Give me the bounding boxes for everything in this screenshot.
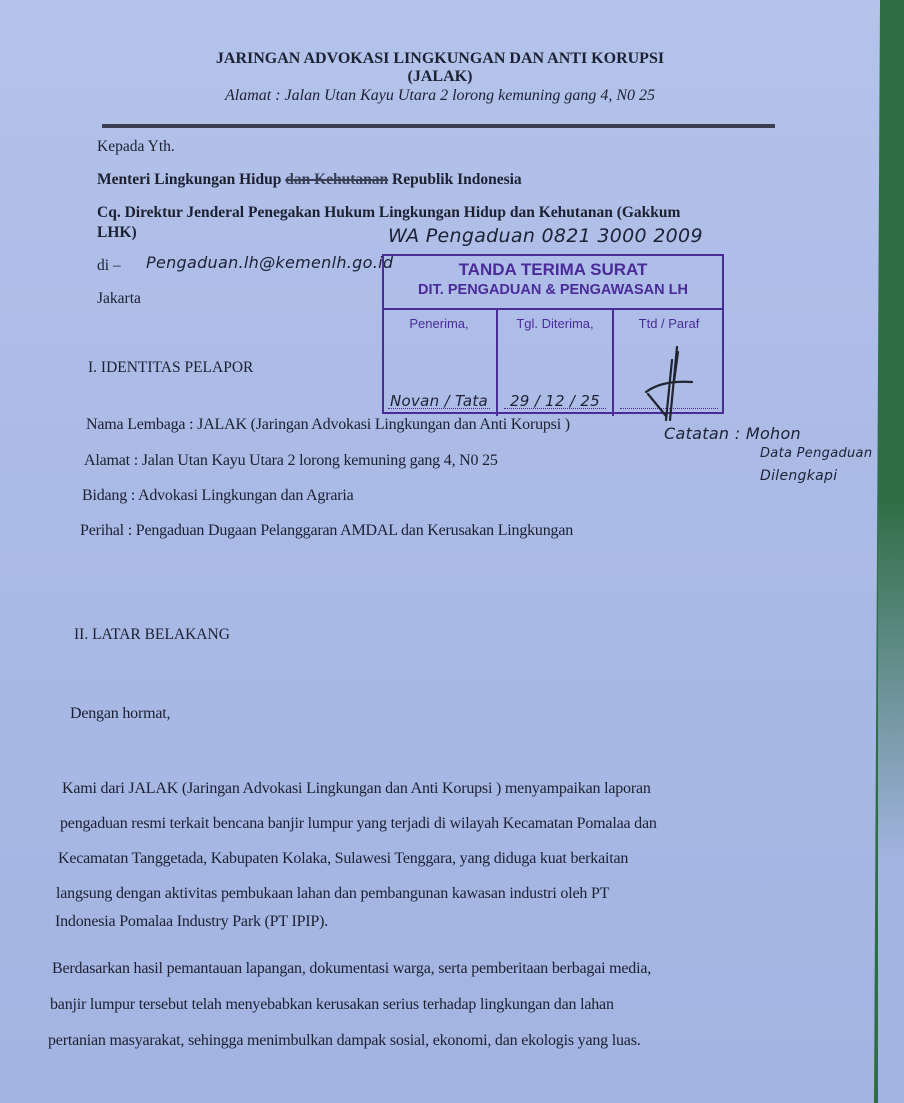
paragraph2-line: banjir lumpur tersebut telah menyebabkan… [50, 996, 614, 1014]
paragraph1-line: langsung dengan aktivitas pembukaan laha… [56, 885, 609, 903]
stamp-label-date: Tgl. Diterima, [498, 316, 612, 331]
field-institution-name: Nama Lembaga : JALAK (Jaringan Advokasi … [86, 416, 570, 434]
field-address: Alamat : Jalan Utan Kayu Utara 2 lorong … [84, 452, 498, 470]
recipient-minister: Menteri Lingkungan Hidup dan Kehutanan R… [97, 171, 522, 189]
note-line2: Data Pengaduan [760, 446, 872, 461]
stamp-cell-signature: Ttd / Paraf [614, 310, 724, 416]
stamp-value-recipient: Novan / Tata [382, 392, 496, 410]
stamp-title: TANDA TERIMA SURAT [384, 260, 722, 280]
field-sector: Bidang : Advokasi Lingkungan dan Agraria [82, 487, 354, 505]
section1-heading: I. IDENTITAS PELAPOR [88, 359, 253, 377]
org-abbreviation: (JALAK) [0, 68, 880, 86]
stamp-cell-recipient: Penerima, Novan / Tata [382, 310, 498, 416]
di-label: di – [97, 257, 121, 275]
minister-struck-text: dan Kehutanan [285, 171, 388, 188]
salutation: Kepada Yth. [97, 138, 175, 156]
org-address: Alamat : Jalan Utan Kayu Utara 2 lorong … [0, 87, 880, 105]
paragraph1-line: Kecamatan Tanggetada, Kabupaten Kolaka, … [58, 850, 628, 868]
stamp-cell-date: Tgl. Diterima, 29 / 12 / 25 [498, 310, 614, 416]
recipient-cq-line1: Cq. Direktur Jenderal Penegakan Hukum Li… [97, 204, 680, 222]
paragraph1-line: Kami dari JALAK (Jaringan Advokasi Lingk… [62, 780, 651, 798]
stamp-table: Penerima, Novan / Tata Tgl. Diterima, 29… [382, 308, 724, 416]
field-subject: Perihal : Pengaduan Dugaan Pelanggaran A… [80, 522, 573, 540]
paragraph2-line: Berdasarkan hasil pemantauan lapangan, d… [52, 960, 651, 978]
signature-icon [644, 342, 704, 422]
stamp-label-recipient: Penerima, [382, 316, 496, 331]
document-page [0, 0, 904, 1103]
city: Jakarta [97, 290, 141, 308]
paragraph1-line: pengaduan resmi terkait bencana banjir l… [60, 815, 657, 833]
paragraph1-line: Indonesia Pomalaa Industry Park (PT IPIP… [55, 913, 328, 931]
minister-suffix: Republik Indonesia [392, 171, 522, 188]
stamp-label-signature: Ttd / Paraf [614, 316, 724, 331]
section2-heading: II. LATAR BELAKANG [74, 626, 230, 644]
stamp-subtitle: DIT. PENGADUAN & PENGAWASAN LH [384, 282, 722, 298]
minister-prefix: Menteri Lingkungan Hidup [97, 171, 281, 188]
handwritten-email: Pengaduan.lh@kemenlh.go.id [146, 253, 396, 272]
note-line1: Catatan : Mohon [664, 424, 801, 443]
stamp-value-date: 29 / 12 / 25 [498, 392, 612, 410]
recipient-cq-line2: LHK) [97, 224, 137, 242]
greeting: Dengan hormat, [70, 705, 170, 723]
handwritten-wa-number: WA Pengaduan 0821 3000 2009 [388, 225, 703, 247]
note-line3: Dilengkapi [760, 468, 837, 484]
paragraph2-line: pertanian masyarakat, sehingga menimbulk… [48, 1032, 641, 1050]
background-fade [878, 500, 904, 1103]
org-name: JARINGAN ADVOKASI LINGKUNGAN DAN ANTI KO… [0, 50, 880, 68]
letterhead-divider [102, 124, 775, 128]
receipt-stamp: TANDA TERIMA SURAT DIT. PENGADUAN & PENG… [382, 254, 724, 414]
